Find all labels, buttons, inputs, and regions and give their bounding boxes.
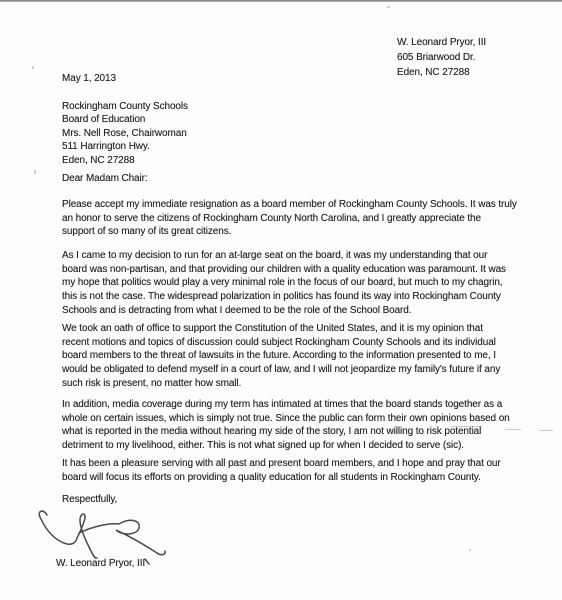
body-paragraph-3: We took an oath of office to support the… [62,322,544,391]
scan-artifact-speck [34,170,36,174]
recipient-address-block: Rockingham County Schools Board of Educa… [62,100,188,167]
sender-address-block: W. Leonard Pryor, III 605 Briarwood Dr. … [397,36,486,80]
body-paragraph-5: It has been a pleasure serving with all … [62,457,544,484]
salutation: Dear Madam Chair: [62,172,148,186]
typed-signature-name: W. Leonard Pryor, III [56,557,145,571]
scan-artifact-dash [452,426,482,427]
scan-artifact-dash [540,430,553,431]
letter-date: May 1, 2013 [62,72,116,86]
scan-artifact-speck [469,549,471,551]
scan-top-edge [0,0,562,2]
scan-artifact-dash [505,429,521,430]
closing-valediction: Respectfully, [62,493,117,507]
scan-artifact-speck [387,6,390,8]
body-paragraph-2: As I came to my decision to run for an a… [62,249,544,318]
body-paragraph-1: Please accept my immediate resignation a… [62,198,544,239]
scanned-letter-page: W. Leonard Pryor, III 605 Briarwood Dr. … [0,0,562,600]
scan-artifact-speck [32,66,34,69]
